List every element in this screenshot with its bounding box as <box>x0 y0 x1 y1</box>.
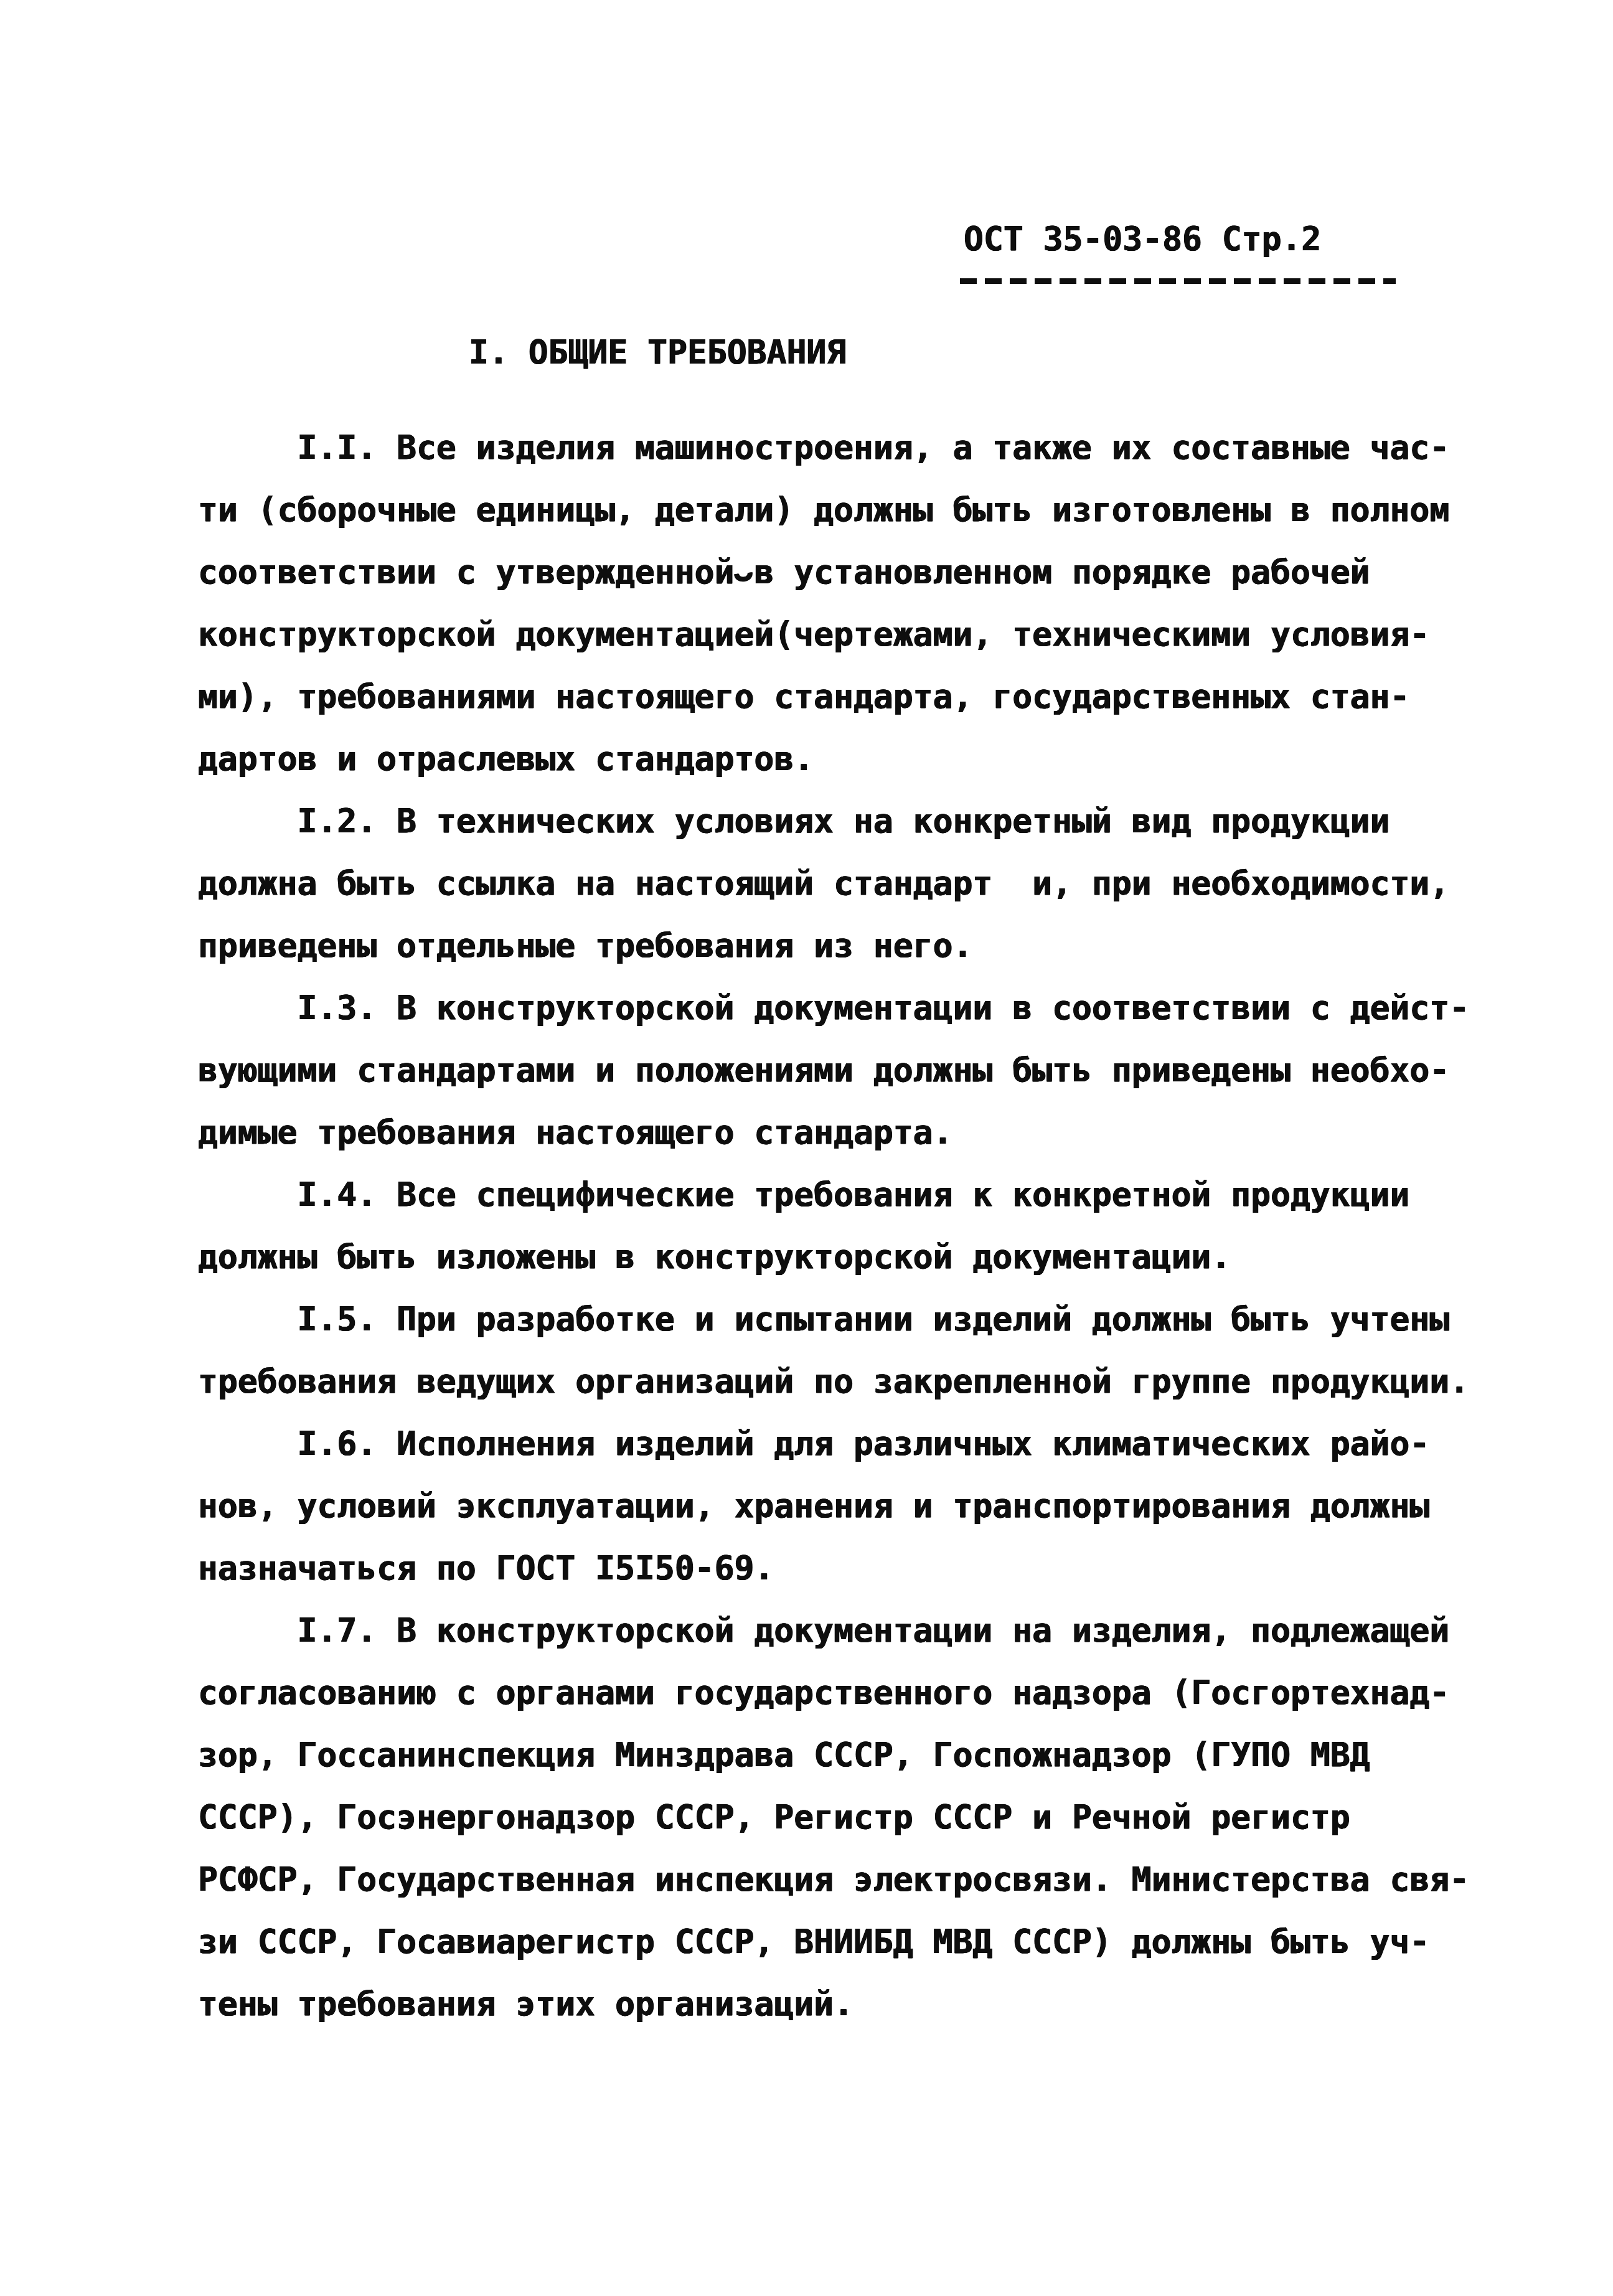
text-line: I.3. В конструкторской документации в со… <box>198 977 1518 1040</box>
text-line: I.I. Все изделия машиностроения, а также… <box>198 417 1518 479</box>
text-line: назначаться по ГОСТ I5I50-69. <box>198 1538 1518 1600</box>
breve-typo-artifact-icon: ˘ <box>727 569 764 626</box>
text-line: ми), требованиями настоящего стандарта, … <box>198 666 1518 728</box>
text-line: РСФСР, Государственная инспекция электро… <box>198 1849 1518 1911</box>
text-line: зи СССР, Госавиарегистр СССР, ВНИИБД МВД… <box>198 1911 1518 1974</box>
text-line: должна быть ссылка на настоящий стандарт… <box>198 853 1518 915</box>
header-underline <box>960 278 1396 284</box>
document-page: ОСТ 35-03-86 Стр.2 I. ОБЩИЕ ТРЕБОВАНИЯ I… <box>0 0 1613 2296</box>
text-line: димые требования настоящего стандарта. <box>198 1102 1518 1164</box>
page-header: ОСТ 35-03-86 Стр.2 <box>964 223 1321 256</box>
text-line: должны быть изложены в конструкторской д… <box>198 1226 1518 1289</box>
text-line: конструкторской документацией(чертежами,… <box>198 604 1518 666</box>
text-line: приведены отдельные требования из него. <box>198 915 1518 977</box>
document-body: I.I. Все изделия машиностроения, а также… <box>198 417 1518 2036</box>
text-line: требования ведущих организаций по закреп… <box>198 1351 1518 1413</box>
text-line: I.7. В конструкторской документации на и… <box>198 1600 1518 1662</box>
text-line: дартов и отраслевых стандартов. <box>198 728 1518 791</box>
text-line: вующими стандартами и положениями должны… <box>198 1040 1518 1102</box>
text-line: I.4. Все специфические требования к конк… <box>198 1164 1518 1226</box>
text-line: ти (сборочные единицы, детали) должны бы… <box>198 479 1518 542</box>
section-heading: I. ОБЩИЕ ТРЕБОВАНИЯ <box>469 336 846 369</box>
text-line: I.5. При разработке и испытании изделий … <box>198 1289 1518 1351</box>
text-line: соответствии с утвержденной в установлен… <box>198 542 1518 604</box>
text-line: нов, условий эксплуатации, хранения и тр… <box>198 1475 1518 1538</box>
text-line: I.6. Исполнения изделий для различных кл… <box>198 1413 1518 1475</box>
text-line: I.2. В технических условиях на конкретны… <box>198 791 1518 853</box>
text-line: зор, Госсанинспекция Минздрава СССР, Гос… <box>198 1724 1518 1787</box>
text-line: тены требования этих организаций. <box>198 1974 1518 2036</box>
text-line: СССР), Госэнергонадзор СССР, Регистр ССС… <box>198 1787 1518 1849</box>
text-line: согласованию с органами государственного… <box>198 1662 1518 1724</box>
